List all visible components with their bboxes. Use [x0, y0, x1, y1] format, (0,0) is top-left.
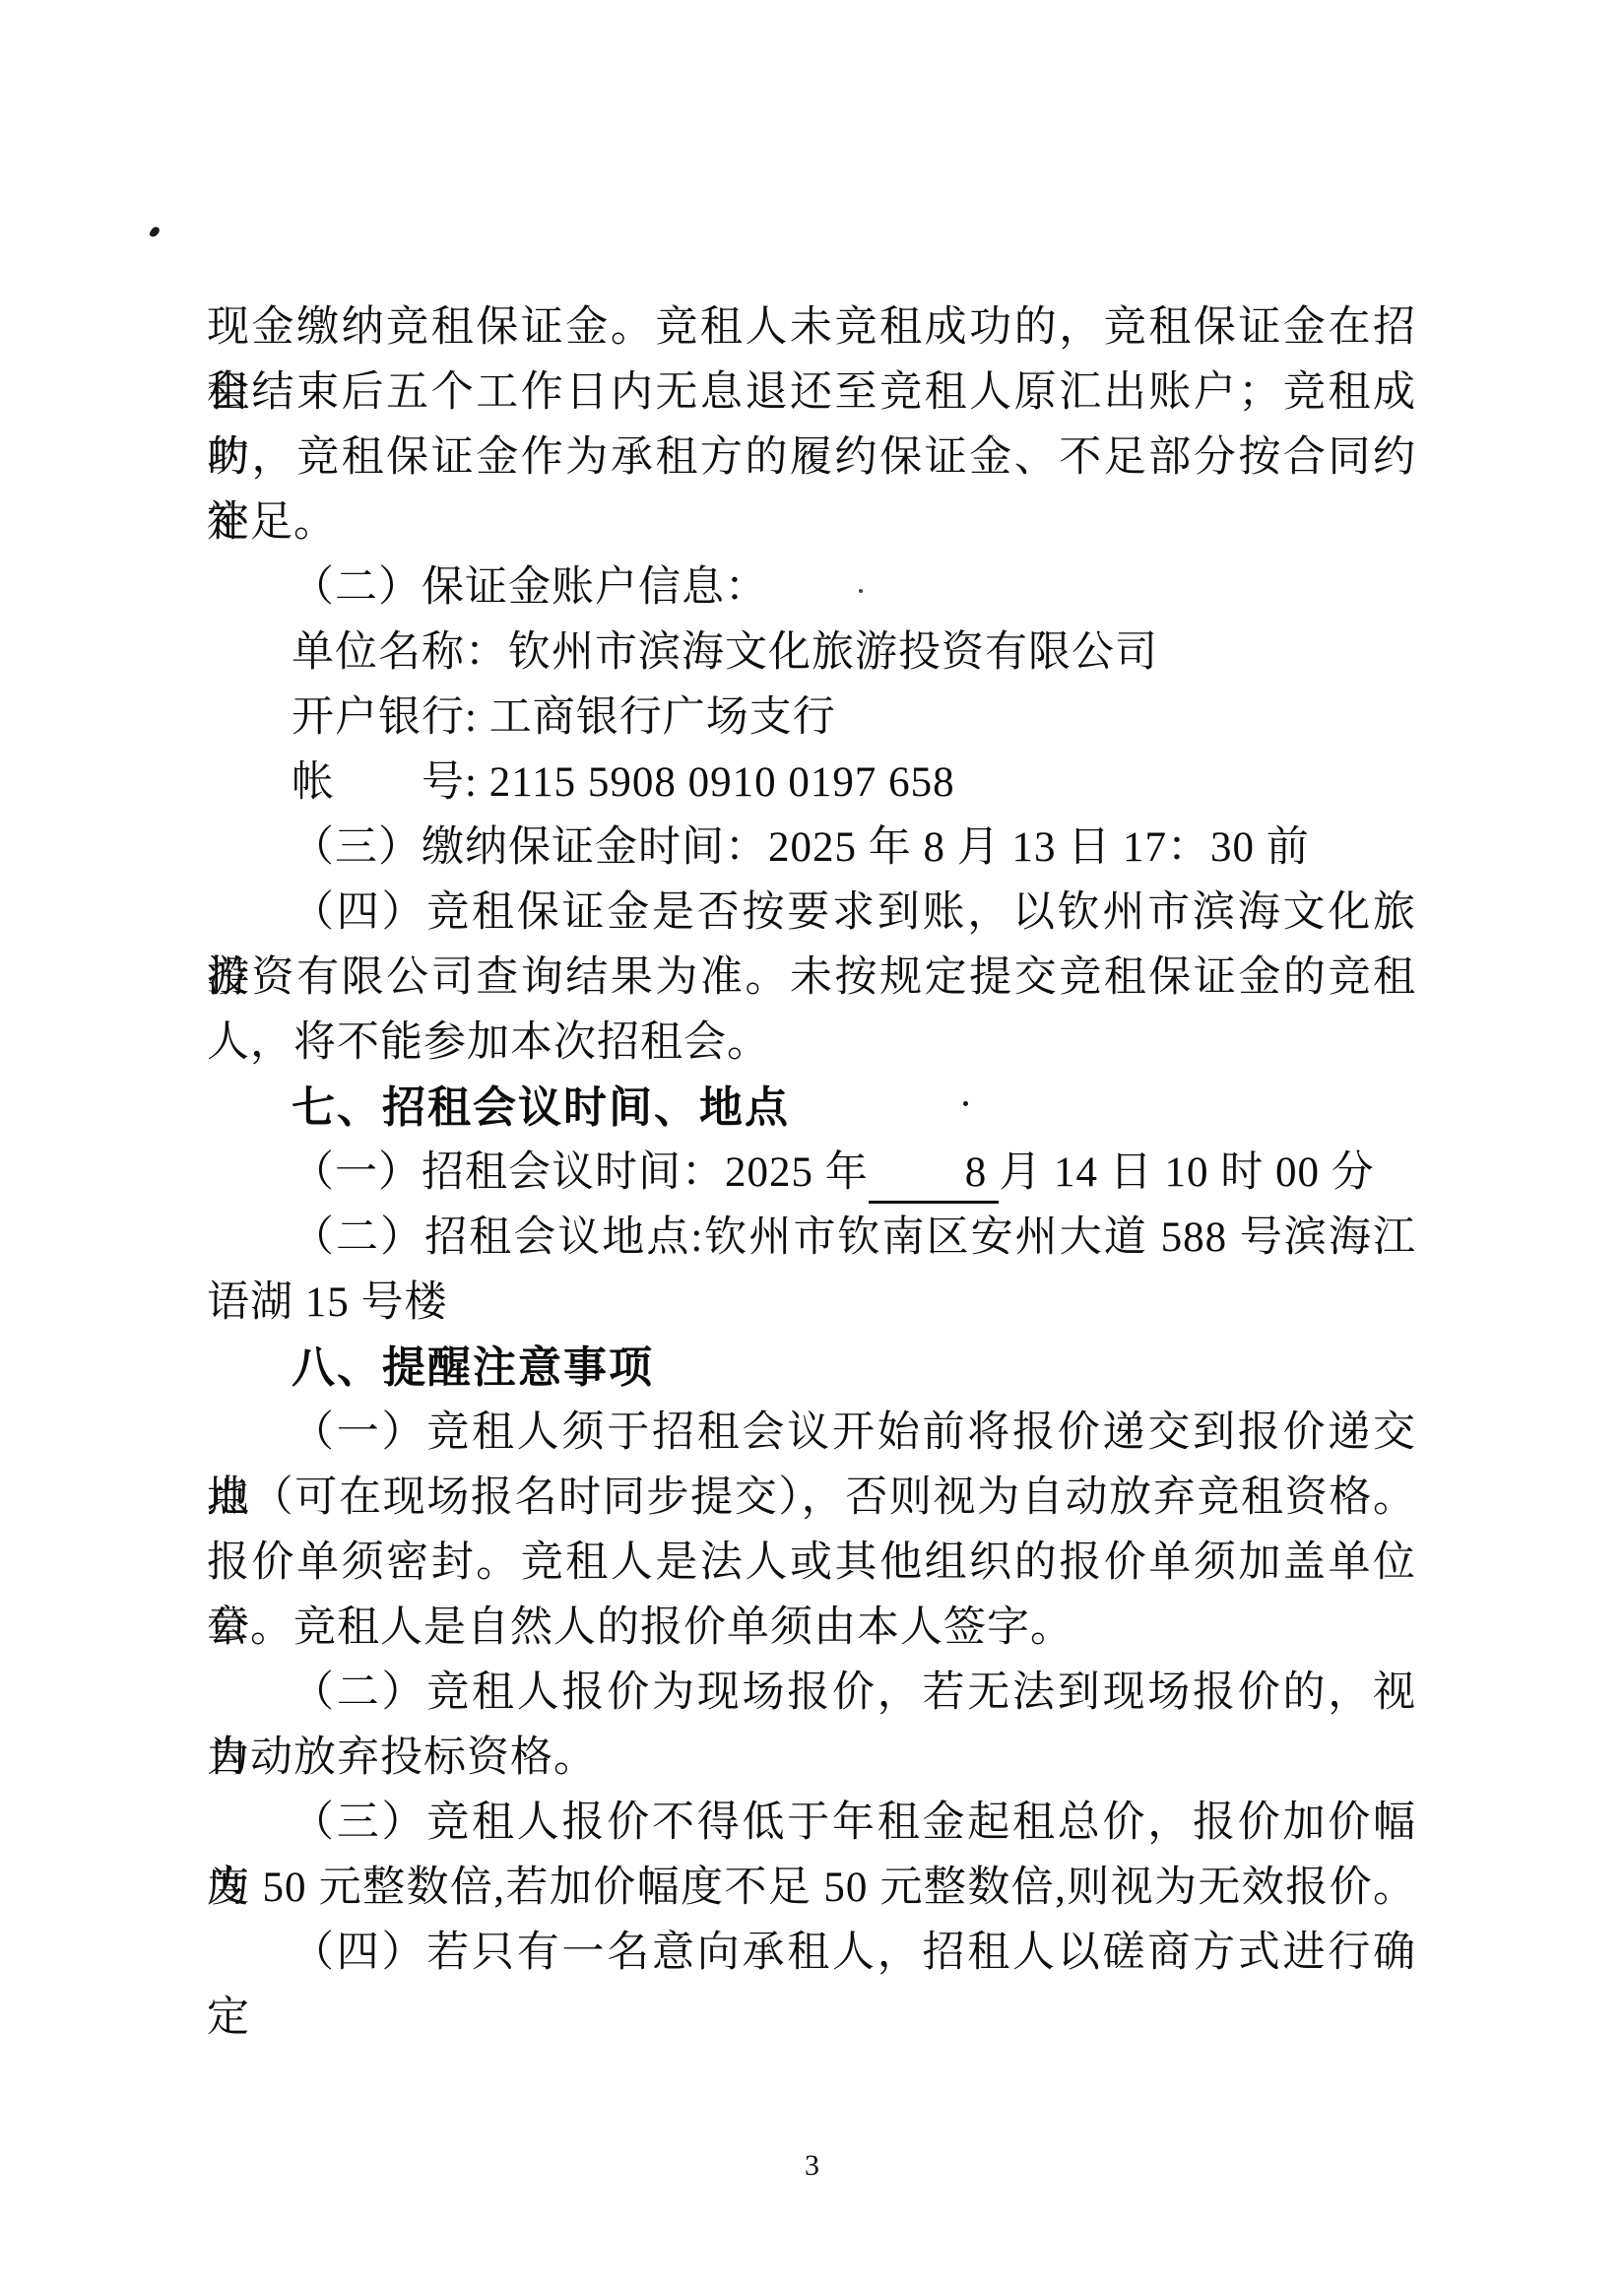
- meeting-time-post: 月 14 日 10 时 00 分: [999, 1149, 1375, 1196]
- scanned-document-page: 现金缴纳竞租保证金。竞租人未竞租成功的，竞租保证金在招租 会结束后五个工作日内无…: [0, 0, 1624, 2291]
- paragraph-line: （三）竞租人报价不得低于年租金起租总价，报价加价幅度: [207, 1791, 1416, 1856]
- paragraph-line: 自动放弃投标资格。: [207, 1726, 1416, 1791]
- deposit-deadline-line: （三）缴纳保证金时间：2025 年 8 月 13 日 17：30 前: [207, 816, 1416, 881]
- paragraph-line: 补足。: [207, 491, 1416, 556]
- paragraph-line: 投资有限公司查询结果为准。未按规定提交竞租保证金的竞租: [207, 946, 1416, 1011]
- paragraph-line: 报价单须密封。竞租人是法人或其他组织的报价单须加盖单位公: [207, 1531, 1416, 1596]
- paragraph-line: 点（可在现场报名时同步提交），否则视为自动放弃竞租资格。: [207, 1466, 1416, 1531]
- paragraph-line: 人，将不能参加本次招租会。: [207, 1011, 1416, 1076]
- scan-speck: [149, 226, 161, 238]
- section-heading-8: 八、提醒注意事项: [207, 1336, 1416, 1401]
- bank-branch-line: 开户银行: 工商银行广场支行: [207, 686, 1416, 751]
- paragraph-line: （二）竞租人报价为现场报价，若无法到现场报价的，视为: [207, 1661, 1416, 1726]
- paragraph-line: （四）竞租保证金是否按要求到账，以钦州市滨海文化旅游: [207, 881, 1416, 946]
- paragraph-line: 章。竞租人是自然人的报价单须由本人签字。: [207, 1596, 1416, 1661]
- paragraph-line: 为 50 元整数倍,若加价幅度不足 50 元整数倍,则视为无效报价。: [207, 1856, 1416, 1921]
- page-number: 3: [0, 2149, 1624, 2183]
- document-body: 现金缴纳竞租保证金。竞租人未竞租成功的，竞租保证金在招租 会结束后五个工作日内无…: [207, 295, 1416, 1986]
- meeting-address-line: 语湖 15 号楼: [207, 1271, 1416, 1336]
- paragraph-line: （一）竞租人须于招租会议开始前将报价递交到报价递交地: [207, 1401, 1416, 1466]
- meeting-address-line: （二）招租会议地点:钦州市钦南区安州大道 588 号滨海江: [207, 1206, 1416, 1271]
- paragraph-line: 现金缴纳竞租保证金。竞租人未竞租成功的，竞租保证金在招租: [207, 295, 1416, 360]
- meeting-time-pre: （一）招租会议时间：2025 年: [292, 1149, 869, 1196]
- bank-account-number-line: 帐 号: 2115 5908 0910 0197 658: [207, 751, 1416, 816]
- paragraph-line: （四）若只有一名意向承租人，招租人以磋商方式进行确定: [207, 1921, 1416, 1986]
- underlined-month-value: 8: [869, 1145, 1000, 1204]
- meeting-time-line: （一）招租会议时间：2025 年8月 14 日 10 时 00 分: [207, 1141, 1416, 1206]
- section-heading-7: 七、招租会议时间、地点: [207, 1076, 1416, 1141]
- paragraph-line: 会结束后五个工作日内无息退还至竞租人原汇出账户；竞租成功: [207, 360, 1416, 425]
- paragraph-line: 的，竞租保证金作为承租方的履约保证金、不足部分按合同约定: [207, 425, 1416, 491]
- item-deposit-account-heading: （二）保证金账户信息：: [207, 556, 1416, 621]
- bank-account-name-line: 单位名称：钦州市滨海文化旅游投资有限公司: [207, 621, 1416, 686]
